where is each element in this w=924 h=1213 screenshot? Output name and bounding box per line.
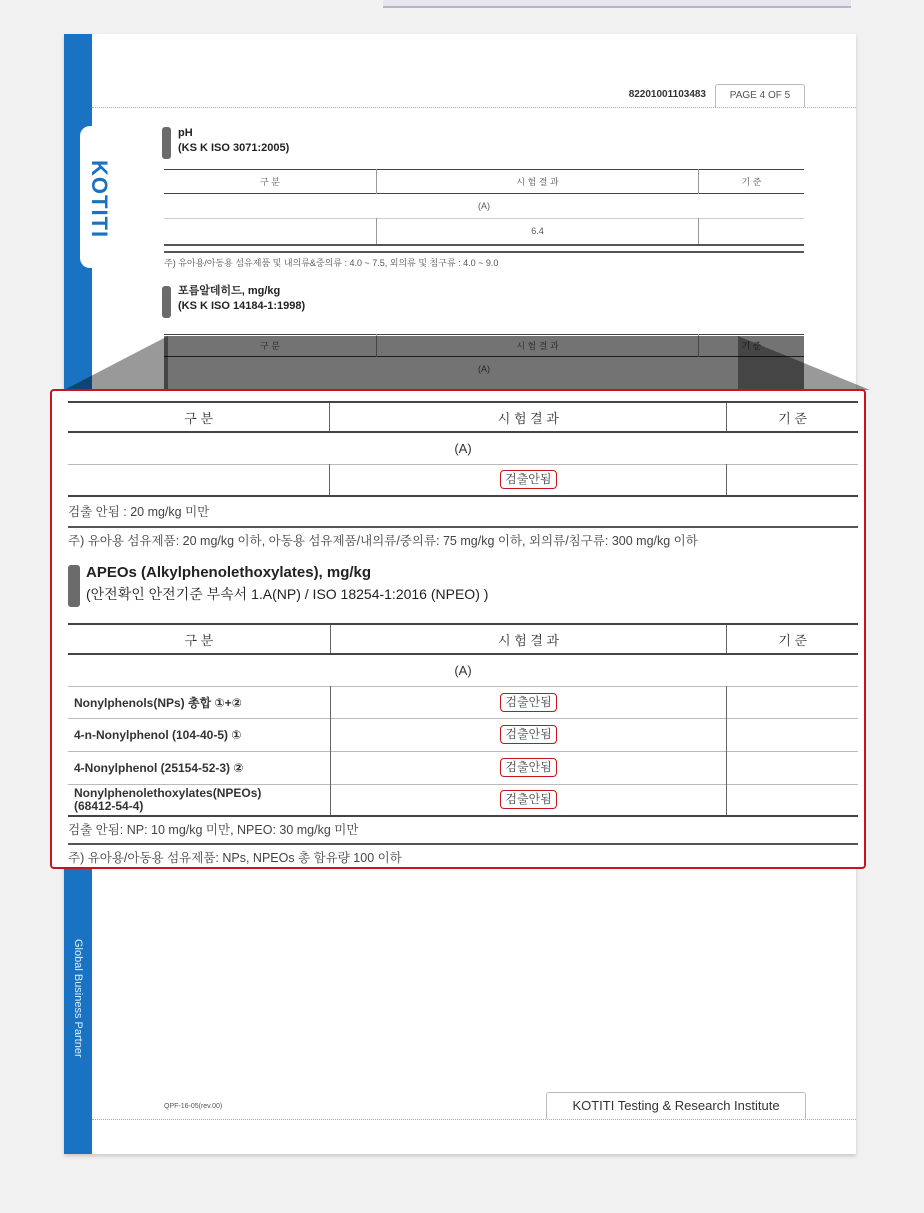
apeo-row-item: 4-Nonylphenol (25154-52-3) ②	[68, 751, 330, 784]
apeo-result-badge: 검출안됨	[500, 725, 556, 744]
ph-header-category: 구 분	[164, 170, 377, 194]
ph-result-value: 6.4	[377, 219, 699, 245]
fa-header-result: 시 험 결 과	[330, 402, 727, 432]
apeo-header-category: 구 분	[68, 624, 330, 654]
sidebar-tagline: Global Business Partner	[66, 939, 90, 1089]
section-marker-icon	[68, 565, 80, 607]
kotiti-logo: KOTITI	[84, 149, 114, 249]
magnified-callout: 구 분 시 험 결 과 기 준 (A) 검출안됨 검출 안됨 : 20 mg/k…	[50, 389, 866, 869]
header-divider	[92, 107, 856, 108]
apeo-title: APEOs (Alkylphenolethoxylates), mg/kg	[86, 563, 371, 583]
apeo-note-divider	[68, 843, 858, 845]
ph-note: 주) 유아용/아동용 섬유제품 및 내의류&중의류 : 4.0 ~ 7.5, 외…	[164, 256, 498, 269]
formaldehyde-table: 구 분 시 험 결 과 기 준 (A) 검출안됨	[68, 401, 858, 497]
formaldehyde-title: 포름알데히드, mg/kg	[178, 284, 305, 299]
ph-header-result: 시 험 결 과	[377, 170, 699, 194]
apeo-sample-label: (A)	[68, 654, 858, 686]
apeo-table: 구 분 시 험 결 과 기 준 (A) Nonylphenols(NPs) 총합…	[68, 623, 858, 817]
apeo-method: (안전확인 안전기준 부속서 1.A(NP) / ISO 18254-1:201…	[86, 584, 488, 604]
formaldehyde-method: (KS K ISO 14184-1:1998)	[178, 299, 305, 314]
apeo-result-badge: 검출안됨	[500, 693, 556, 712]
ph-note-divider	[164, 251, 804, 253]
footer-divider	[92, 1119, 856, 1120]
table-row: 4-Nonylphenol (25154-52-3) ② 검출안됨	[68, 751, 858, 784]
apeo-row-standard	[727, 784, 858, 816]
apeo-row-item: Nonylphenolethoxylates(NPEOs)	[74, 787, 330, 800]
apeo-row-item: 4-n-Nonylphenol (104-40-5) ①	[68, 718, 330, 751]
fa-regulation-note: 주) 유아용 섬유제품: 20 mg/kg 이하, 아동용 섬유제품/내의류/중…	[68, 531, 864, 549]
fa-header-standard: 기 준	[727, 402, 858, 432]
ph-sample-label: (A)	[164, 194, 804, 219]
apeo-section-header: APEOs (Alkylphenolethoxylates), mg/kg (안…	[52, 559, 864, 613]
ph-method: (KS K ISO 3071:2005)	[178, 141, 289, 156]
table-row: Nonylphenols(NPs) 총합 ①+② 검출안됨	[68, 686, 858, 718]
fa-sample-label: (A)	[68, 432, 858, 464]
fa-detection-note: 검출 안됨 : 20 mg/kg 미만	[68, 502, 864, 520]
ph-title: pH	[178, 126, 289, 141]
form-code: QPF-16-05(rev.00)	[164, 1103, 222, 1110]
ph-section-title: pH (KS K ISO 3071:2005)	[178, 126, 289, 156]
section-marker-icon	[162, 127, 171, 159]
table-row: 4-n-Nonylphenol (104-40-5) ① 검출안됨	[68, 718, 858, 751]
apeo-result-badge: 검출안됨	[500, 758, 556, 777]
fa-note-divider	[68, 526, 858, 528]
apeo-row-standard	[727, 751, 858, 784]
fa-header-category: 구 분	[68, 402, 330, 432]
apeo-header-standard: 기 준	[727, 624, 858, 654]
apeo-detection-note: 검출 안됨: NP: 10 mg/kg 미만, NPEO: 30 mg/kg 미…	[68, 820, 864, 838]
apeo-regulation-note: 주) 유아용/아동용 섬유제품: NPs, NPEOs 총 함유량 100 이하	[68, 848, 864, 866]
institute-name: KOTITI Testing & Research Institute	[546, 1092, 806, 1119]
table-row: Nonylphenolethoxylates(NPEOs) (68412-54-…	[68, 784, 858, 816]
magnifier-shade	[164, 336, 804, 390]
ph-table: 구 분 시 험 결 과 기 준 (A) 6.4	[164, 169, 804, 246]
apeo-header-result: 시 험 결 과	[330, 624, 727, 654]
top-scroll-bar	[383, 0, 851, 8]
section-marker-icon	[162, 286, 171, 318]
report-number: 82201001103483	[594, 89, 706, 100]
apeo-row-standard	[727, 686, 858, 718]
apeo-result-badge: 검출안됨	[500, 790, 556, 809]
apeo-row-item: Nonylphenols(NPs) 총합 ①+②	[68, 686, 330, 718]
apeo-row-standard	[727, 718, 858, 751]
page-indicator: PAGE 4 OF 5	[715, 84, 805, 107]
apeo-row-item-cas: (68412-54-4)	[74, 800, 330, 813]
fa-result-badge: 검출안됨	[500, 470, 556, 489]
formaldehyde-section-title: 포름알데히드, mg/kg (KS K ISO 14184-1:1998)	[178, 284, 305, 314]
ph-header-standard: 기 준	[699, 170, 805, 194]
